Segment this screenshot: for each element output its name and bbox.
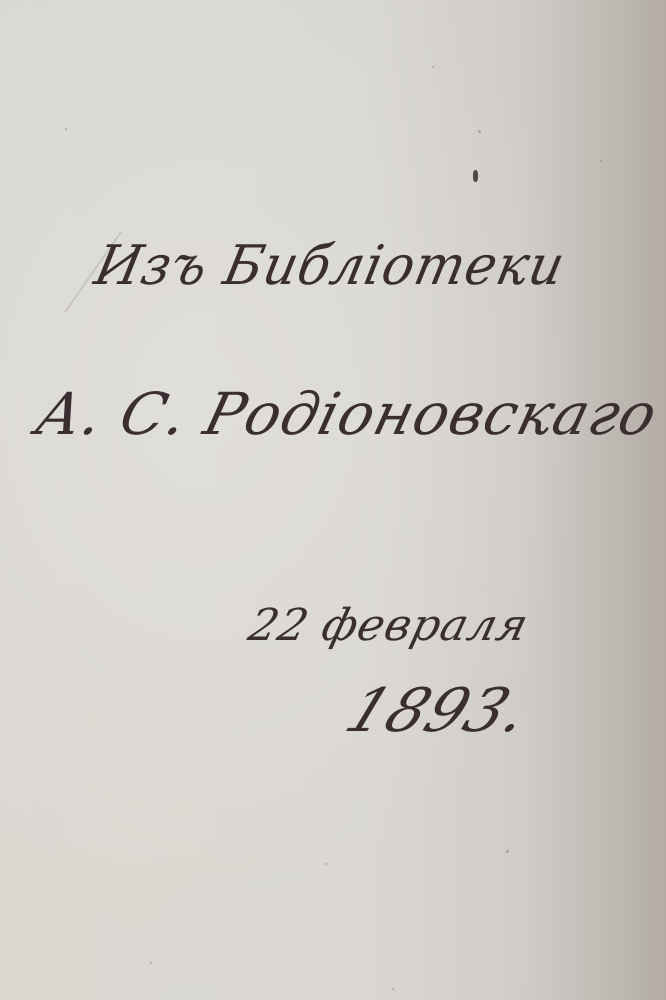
paper-speck [600,160,602,162]
inscription-line-date: 22 февраля [244,600,534,651]
paper-speck [65,128,67,130]
paper-speck [392,988,394,990]
inscription-line-owner-name: А. С. Родіоновскаго [30,380,665,448]
paper-speck [150,962,152,964]
paper-speck [506,850,509,853]
inscription-line-year: 1893. [336,676,541,746]
inscription-line-from-library: Изъ Библіотеки [89,235,570,298]
paper-page: Изъ Библіотеки А. С. Родіоновскаго 22 фе… [0,0,666,1000]
paper-speck [325,863,327,865]
paper-speck [478,130,481,133]
paper-speck [432,66,434,68]
ink-blot [473,170,478,182]
